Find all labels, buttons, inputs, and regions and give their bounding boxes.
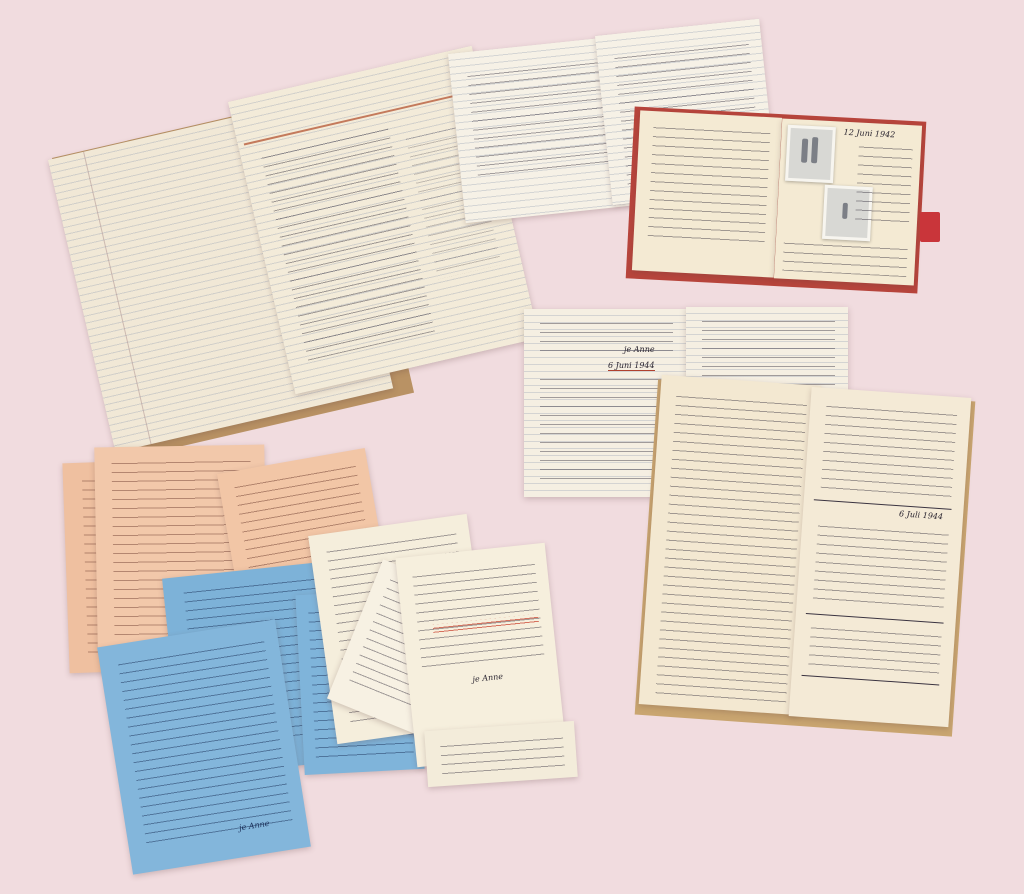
loose-sheets-cream: je Anne xyxy=(310,500,590,790)
diary-right-text xyxy=(855,141,912,226)
tall-notebook-divider-3 xyxy=(802,675,940,686)
tall-notebook-right-page: 6 Juli 1944 xyxy=(789,387,972,727)
cream-sheet-bottom-text xyxy=(440,732,565,778)
blue-sheet-front-text xyxy=(117,635,293,848)
blue-sheet-front: je Anne xyxy=(97,619,311,874)
ledger-margin-line xyxy=(83,152,151,445)
diary-right-page: 12 Juni 1942 xyxy=(774,118,922,285)
tall-notebook-date-heading: 6 Juli 1944 xyxy=(899,509,944,521)
tall-notebook-divider-1 xyxy=(814,499,952,510)
diary-left-page xyxy=(632,110,782,277)
diary-clasp xyxy=(920,212,940,242)
tall-notebook-right-text-top xyxy=(821,400,958,499)
ledger-handwritten-list xyxy=(260,123,435,361)
tall-notebook-left-text xyxy=(655,390,807,704)
diary-photo-beach-figures xyxy=(785,125,836,183)
cream-sheet-bottom xyxy=(424,721,578,787)
middle-notebook-signature: je Anne xyxy=(624,345,655,354)
diary-right-text-bottom xyxy=(783,237,908,277)
cream-sheet-signature: je Anne xyxy=(472,672,503,684)
tall-notebook: 6 Juli 1944 xyxy=(640,372,980,732)
middle-notebook-date-heading: 6 Juni 1944 xyxy=(608,361,655,371)
diary-left-text xyxy=(648,121,771,247)
exercise-book-left-text xyxy=(467,56,617,182)
diary-date-heading: 12 Juni 1942 xyxy=(843,128,895,140)
tall-notebook-right-text-list xyxy=(813,520,950,613)
checkered-diary: 12 Juni 1942 xyxy=(628,108,948,293)
tall-notebook-right-text-end xyxy=(808,621,942,674)
cream-sheet-front-text xyxy=(412,558,545,670)
